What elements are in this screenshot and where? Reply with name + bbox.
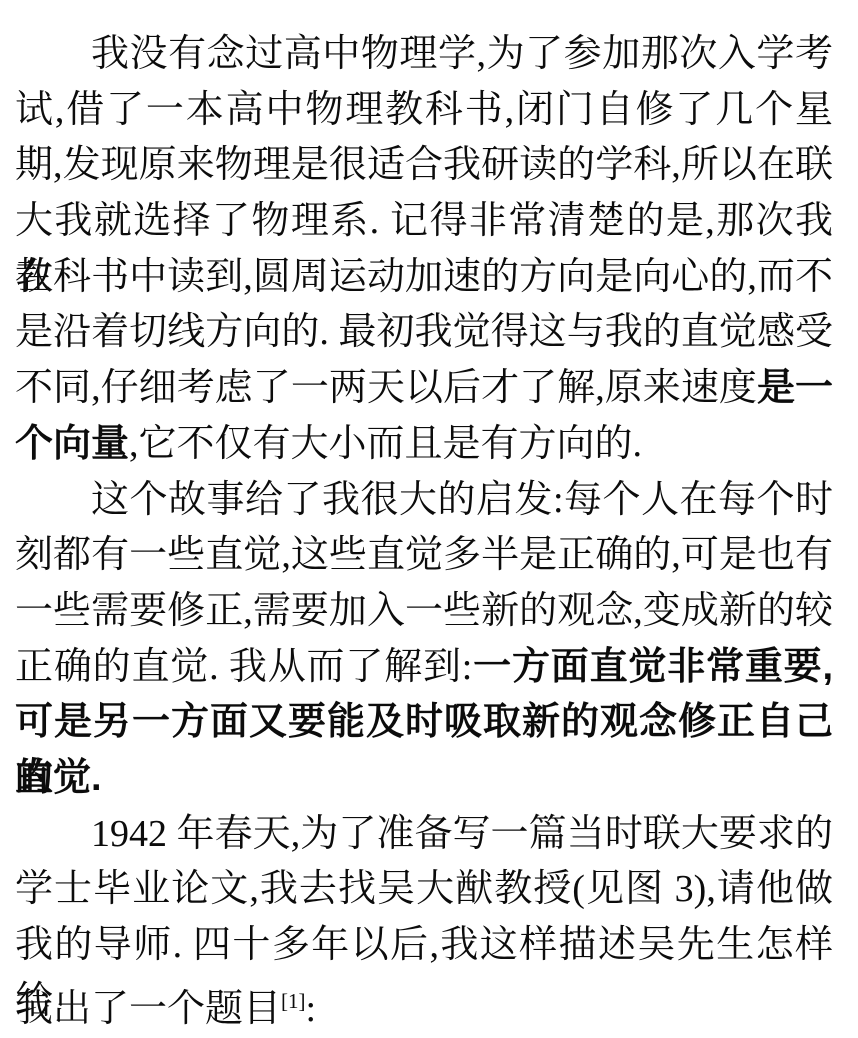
emphasis-text: . (91, 757, 102, 799)
text-line: 不同,仔细考虑了一两天以后才了解,原来速度是一 (15, 361, 833, 417)
text-line: 期,发现原来物理是很适合我研读的学科,所以在联 (15, 138, 833, 194)
text-line: 正确的直觉. 我从而了解到:一方面直觉非常重要, (15, 640, 833, 696)
emphasis-text: 是一 (757, 367, 833, 409)
emphasis-text: 直觉 (15, 757, 91, 799)
text-segment: 是沿着切线方向的. 最初我觉得这与我的直觉感受 (15, 311, 833, 353)
text-segment: : (306, 988, 317, 1030)
text-segment: 我出了一个题目 (15, 988, 281, 1030)
footnote-ref: [1] (281, 989, 306, 1013)
text-segment: 不同,仔细考虑了一两天以后才了解,原来速度 (15, 367, 757, 409)
text-line: 一些需要修正,需要加入一些新的观念,变成新的较 (15, 584, 833, 640)
text-segment: 学士毕业论文,我去找吴大猷教授(见图 3),请他做 (15, 868, 833, 910)
text-line: 大我就选择了物理系. 记得非常清楚的是,那次我在 (15, 194, 833, 250)
emphasis-text: 一方面直觉非常重要, (472, 646, 833, 688)
emphasis-text: 个向量 (15, 423, 129, 465)
text-segment: 试,借了一本高中物理教科书,闭门自修了几个星 (15, 89, 833, 131)
text-segment: 刻都有一些直觉,这些直觉多半是正确的,可是也有 (15, 534, 833, 576)
text-line: 刻都有一些直觉,这些直觉多半是正确的,可是也有 (15, 528, 833, 584)
text-line: 我的导师. 四十多年以后,我这样描述吴先生怎样给 (15, 918, 833, 974)
text-line: 1942 年春天,为了准备写一篇当时联大要求的 (15, 807, 833, 863)
book-page: 我没有念过高中物理学,为了参加那次入学考试,借了一本高中物理教科书,闭门自修了几… (0, 0, 858, 1038)
text-segment: 这个故事给了我很大的启发:每个人在每个时 (91, 479, 833, 521)
text-segment: 正确的直觉. 我从而了解到: (15, 646, 472, 688)
text-line: 教科书中读到,圆周运动加速的方向是向心的,而不 (15, 250, 833, 306)
text-line: 直觉. (15, 751, 833, 807)
text-line: 我出了一个题目[1]: (15, 974, 833, 1030)
text-segment: 教科书中读到,圆周运动加速的方向是向心的,而不 (15, 256, 833, 298)
text-line: 是沿着切线方向的. 最初我觉得这与我的直觉感受 (15, 305, 833, 361)
text-line: 可是另一方面又要能及时吸取新的观念修正自己的 (15, 695, 833, 751)
text-line: 个向量,它不仅有大小而且是有方向的. (15, 417, 833, 473)
text-segment: 期,发现原来物理是很适合我研读的学科,所以在联 (15, 144, 833, 186)
text-segment: 一些需要修正,需要加入一些新的观念,变成新的较 (15, 590, 833, 632)
text-line: 这个故事给了我很大的启发:每个人在每个时 (15, 473, 833, 529)
text-line: 学士毕业论文,我去找吴大猷教授(见图 3),请他做 (15, 862, 833, 918)
text-line: 试,借了一本高中物理教科书,闭门自修了几个星 (15, 83, 833, 139)
text-segment: 1942 年春天,为了准备写一篇当时联大要求的 (91, 813, 833, 855)
text-segment: ,它不仅有大小而且是有方向的. (129, 423, 642, 465)
text-block: 我没有念过高中物理学,为了参加那次入学考试,借了一本高中物理教科书,闭门自修了几… (15, 27, 833, 1029)
text-segment: 我没有念过高中物理学,为了参加那次入学考 (91, 33, 833, 75)
text-line: 我没有念过高中物理学,为了参加那次入学考 (15, 27, 833, 83)
